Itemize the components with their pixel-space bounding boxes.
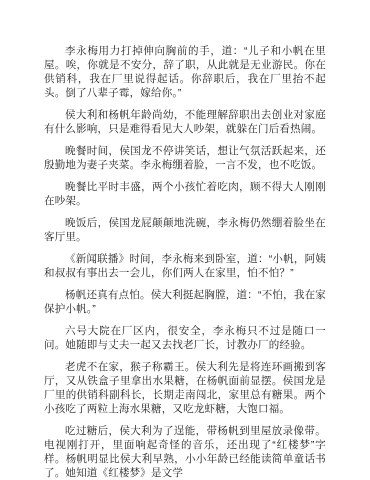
paragraph: 六号大院在厂区内，很安全，李永梅只不过是随口一问。她随即与丈夫一起又去找老厂长，…	[44, 324, 326, 352]
paragraph: 杨帆还真有点怕。侯大利挺起胸膛，道：“不怕，我在家保护小帆。”	[44, 288, 326, 316]
paragraph: 晚餐时间，侯国龙不停讲笑话，想让气氛活跃起来，还殷勤地为妻子夹菜。李永梅绷着脸，…	[44, 144, 326, 172]
paragraph: 《新闻联播》时间，李永梅来到卧室，道：“小帆，阿姨和叔叔有事出去一会儿，你们两人…	[44, 252, 326, 280]
paragraph: 李永梅用力打掉伸向胸前的手，道：“儿子和小帆在里屋。唉，你就是不安分，辞了职，从…	[44, 44, 326, 100]
book-page: 李永梅用力打掉伸向胸前的手，道：“儿子和小帆在里屋。唉，你就是不安分，辞了职，从…	[0, 0, 370, 480]
paragraph: 老虎不在家，猴子称霸王。侯大利先是将连环画搬到客厅，又从铁盒子里拿出水果糖，在杨…	[44, 360, 326, 416]
paragraph: 吃过糖后，侯大利为了逞能，带杨帆到里屋放录像带。电视刚打开，里面响起奇怪的音乐，…	[44, 424, 326, 480]
paragraph: 晚饭后，侯国龙屁颠颠地洗碗，李永梅仍然绷着脸坐在客厅里。	[44, 216, 326, 244]
paragraph: 侯大利和杨帆年龄尚幼，不能理解辞职出去创业对家庭有什么影响，只是难得看见大人吵架…	[44, 108, 326, 136]
paragraph: 晚餐比平时丰盛，两个小孩忙着吃肉，顾不得大人刚刚在吵架。	[44, 180, 326, 208]
